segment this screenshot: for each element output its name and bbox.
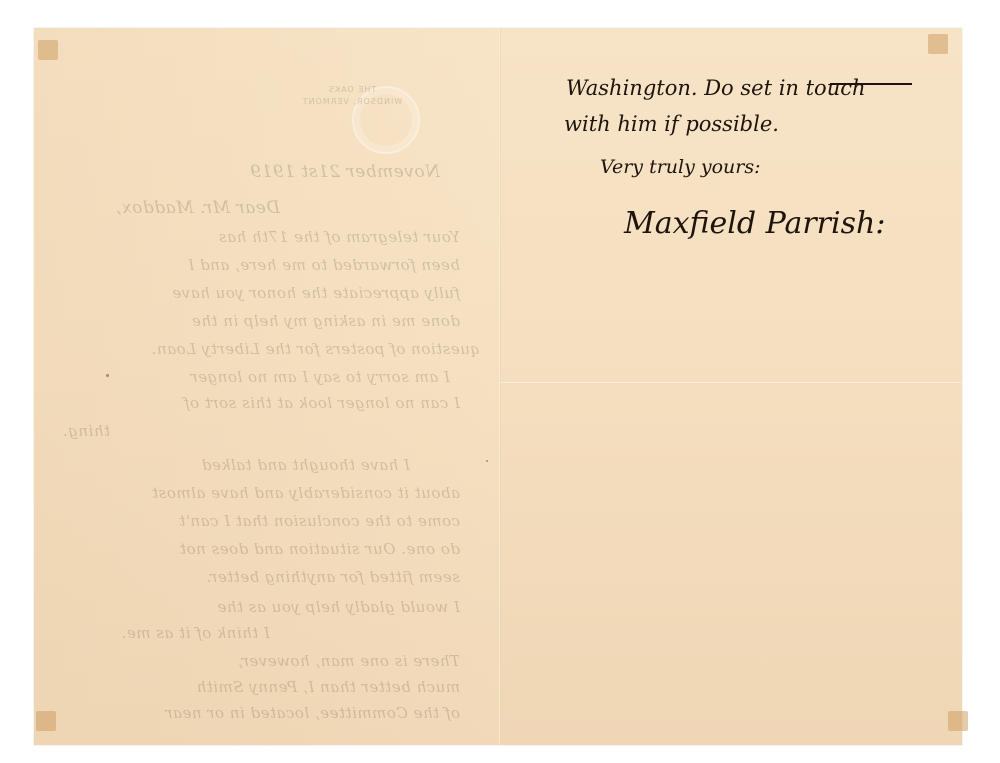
bleed-line: fully appreciate the honor you have <box>172 284 460 302</box>
bleed-line: thing. <box>62 422 110 440</box>
bleed-line: much better than I, Penny Smith <box>196 678 460 696</box>
bleed-line: seem fitted for anything better. <box>206 568 460 586</box>
bleed-line: about it considerably and have almost <box>152 484 460 502</box>
letter-front-panel: Washington. Do set in touch with him if … <box>500 28 962 745</box>
signature: Maxfield Parrish: <box>624 206 885 241</box>
bleed-line: I think of it as me. <box>121 624 270 642</box>
letter-back-panel: THE OAKS WINDSOR, VERMONT November 21st … <box>34 28 500 745</box>
tape-mark-icon <box>36 711 56 731</box>
bleed-line: I would gladly help you as the <box>217 598 460 616</box>
bleed-line: November 21st 1919 <box>250 162 440 182</box>
bleed-line: Dear Mr. Maddox, <box>116 198 280 218</box>
ink-speck <box>106 374 109 377</box>
tape-mark-icon <box>948 711 968 731</box>
bleed-line: I am sorry to say I am no longer <box>190 368 450 386</box>
bleed-line: do one. Our situation and does not <box>180 540 460 558</box>
bleed-line: of the Committee, located in or near <box>165 704 460 722</box>
ink-stroke <box>830 83 912 85</box>
bleed-line: There is one man, however, <box>238 652 460 670</box>
bleed-line: Your telegram of the 17th has <box>218 228 460 246</box>
letter-line: with him if possible. <box>564 112 779 136</box>
bleed-through-text: November 21st 1919 Dear Mr. Maddox, Your… <box>34 28 500 745</box>
letter-line: Washington. Do set in touch <box>566 76 866 100</box>
tape-mark-icon <box>38 40 58 60</box>
closing-line: Very truly yours: <box>600 156 761 178</box>
bleed-line: come to the conclusion that I can't <box>179 512 460 530</box>
letter-paper: THE OAKS WINDSOR, VERMONT November 21st … <box>34 28 962 745</box>
ink-speck <box>486 460 488 462</box>
bleed-line: been forwarded to me here, and I <box>188 256 460 274</box>
bleed-line: question of posters for the Liberty Loan… <box>151 340 480 358</box>
bleed-line: I have thought and talked <box>201 456 410 474</box>
bleed-line: I can no longer look at this sort of <box>183 394 460 412</box>
tape-mark-icon <box>928 34 948 54</box>
bleed-line: done me in asking my help in the <box>191 312 460 330</box>
